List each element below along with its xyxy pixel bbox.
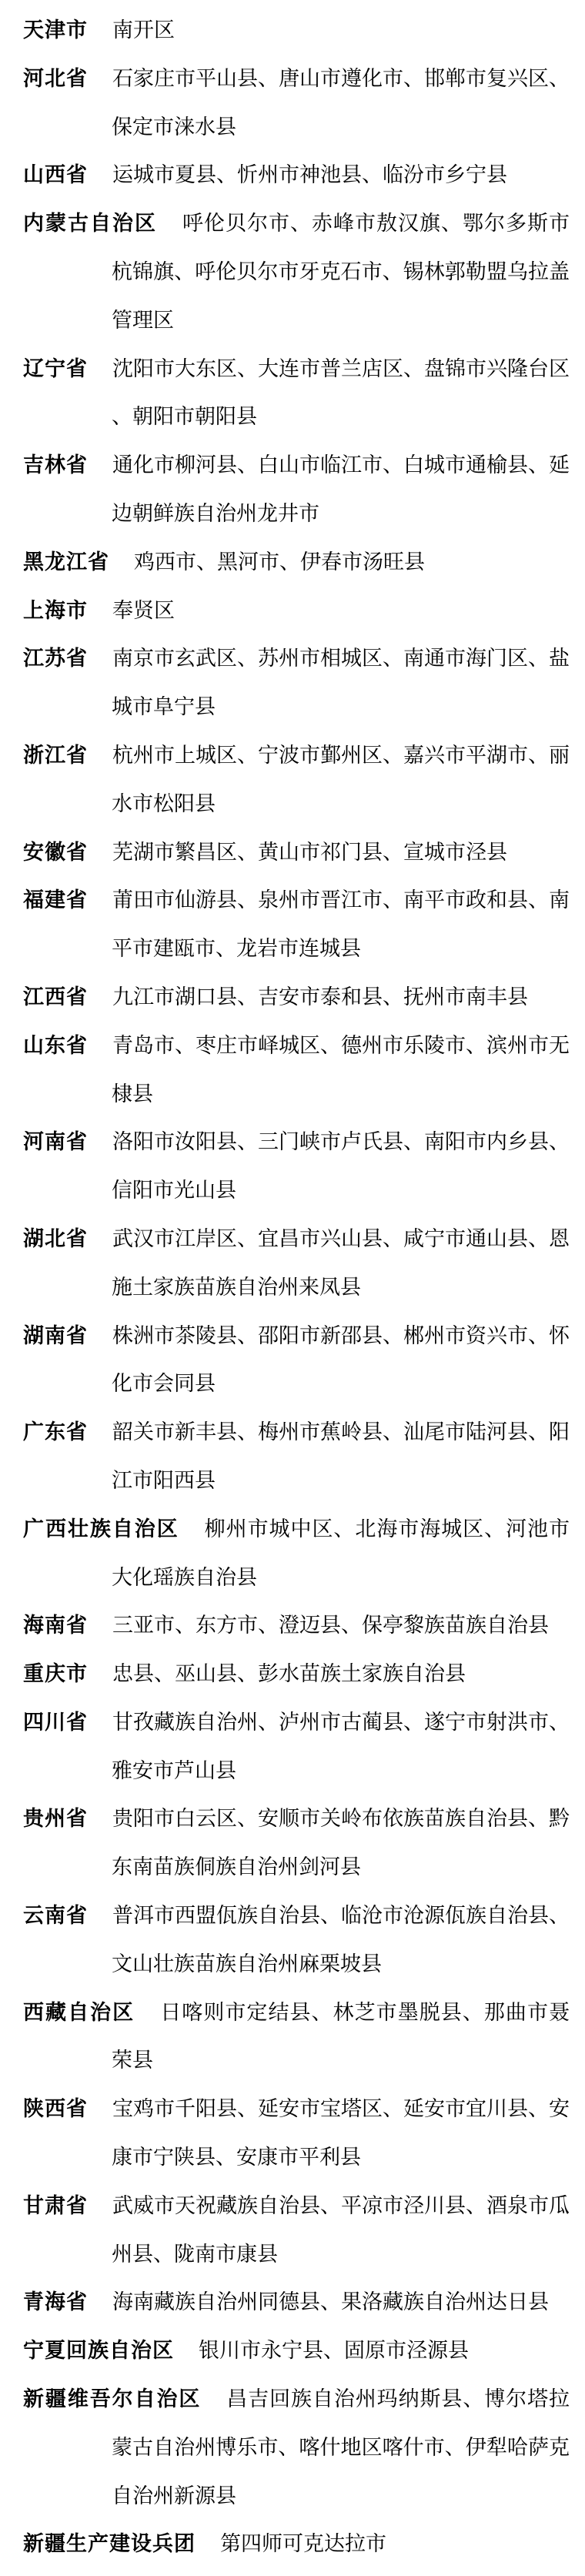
province-name: 广东省 [23, 1420, 88, 1444]
name-regions-gap [88, 761, 112, 762]
region-list: 三亚市、东方市、澄迈县、保亭黎族苗族自治县 [112, 1614, 549, 1637]
region-list: 奉贤区 [112, 599, 175, 622]
province-name: 吉林省 [23, 453, 88, 477]
name-regions-gap [88, 1680, 112, 1681]
name-regions-gap [88, 85, 112, 85]
region-list: 武威市天祝藏族自治县、平凉市泾川县、酒泉市瓜州县、陇南市康县 [112, 2194, 570, 2266]
region-list: 通化市柳河县、白山市临江市、白城市通榆县、延边朝鲜族自治州龙井市 [112, 453, 570, 525]
region-list: 武汉市江岸区、宜昌市兴山县、咸宁市通山县、恩施土家族苗族自治州来凤县 [112, 1227, 570, 1299]
region-list: 沈阳市大东区、大连市普兰店区、盘锦市兴隆台区、朝阳市朝阳县 [112, 357, 570, 429]
name-regions-gap [88, 664, 112, 665]
province-entry: 山东省青岛市、枣庄市峄城区、德州市乐陵市、滨州市无棣县 [23, 1022, 570, 1119]
province-entry: 上海市奉贤区 [23, 587, 570, 635]
province-name: 山东省 [23, 1034, 88, 1057]
name-regions-gap [88, 2212, 112, 2213]
province-entry: 新疆生产建设兵团第四师可克达拉市 [23, 2520, 570, 2568]
province-name: 内蒙古自治区 [23, 212, 157, 235]
name-regions-gap [88, 1825, 112, 1825]
province-entry: 宁夏回族自治区银川市永宁县、固原市泾源县 [23, 2327, 570, 2375]
province-entry: 浙江省杭州市上城区、宁波市鄞州区、嘉兴市平湖市、丽水市松阳县 [23, 731, 570, 828]
province-name: 山西省 [23, 163, 88, 186]
province-entry: 贵州省贵阳市白云区、安顺市关岭布依族苗族自治县、黔东南苗族侗族自治州剑河县 [23, 1795, 570, 1892]
name-regions-gap [88, 1342, 112, 1343]
province-name: 新疆维吾尔自治区 [23, 2387, 201, 2410]
province-name: 辽宁省 [23, 357, 88, 380]
province-entry: 新疆维吾尔自治区昌吉回族自治州玛纳斯县、博尔塔拉蒙古自治州博乐市、喀什地区喀什市… [23, 2375, 570, 2520]
province-name: 青海省 [23, 2290, 88, 2313]
province-name: 黑龙江省 [23, 550, 109, 574]
province-name: 河南省 [23, 1130, 88, 1153]
name-regions-gap [109, 568, 134, 569]
province-name: 重庆市 [23, 1662, 88, 1685]
province-entry: 福建省莆田市仙游县、泉州市晋江市、南平市政和县、南平市建瓯市、龙岩市连城县 [23, 876, 570, 973]
region-list: 鸡西市、黑河市、伊春市汤旺县 [134, 550, 425, 574]
province-name: 湖北省 [23, 1227, 88, 1250]
province-name: 新疆生产建设兵团 [23, 2532, 196, 2555]
region-list: 日喀则市定结县、林芝市墨脱县、那曲市聂荣县 [112, 2001, 570, 2073]
province-entry: 安徽省芜湖市繁昌区、黄山市祁门县、宣城市泾县 [23, 828, 570, 877]
province-entry: 湖南省株洲市茶陵县、邵阳市新邵县、郴州市资兴市、怀化市会同县 [23, 1312, 570, 1409]
province-name: 陕西省 [23, 2097, 88, 2120]
region-list: 莆田市仙游县、泉州市晋江市、南平市政和县、南平市建瓯市、龙岩市连城县 [112, 888, 570, 960]
name-regions-gap [135, 2019, 159, 2019]
province-entry: 天津市南开区 [23, 6, 570, 55]
province-entry: 云南省普洱市西盟佤族自治县、临沧市沧源佤族自治县、文山壮族苗族自治州麻栗坡县 [23, 1892, 570, 1989]
name-regions-gap [88, 1922, 112, 1922]
province-region-list: 天津市南开区河北省石家庄市平山县、唐山市遵化市、邯郸市复兴区、保定市涞水县山西省… [0, 0, 585, 2576]
region-list: 杭州市上城区、宁波市鄞州区、嘉兴市平湖市、丽水市松阳县 [112, 744, 570, 815]
region-list: 第四师可克达拉市 [220, 2532, 386, 2555]
province-name: 上海市 [23, 599, 88, 622]
name-regions-gap [88, 1438, 112, 1439]
region-list: 洛阳市汝阳县、三门峡市卢氏县、南阳市内乡县、信阳市光山县 [112, 1130, 570, 1202]
province-name: 湖南省 [23, 1324, 88, 1347]
name-regions-gap [88, 858, 112, 859]
province-entry: 内蒙古自治区呼伦贝尔市、赤峰市敖汉旗、鄂尔多斯市杭锦旗、呼伦贝尔市牙克石市、锡林… [23, 199, 570, 344]
region-list: 南开区 [112, 18, 175, 42]
name-regions-gap [88, 2115, 112, 2116]
province-entry: 海南省三亚市、东方市、澄迈县、保亭黎族苗族自治县 [23, 1601, 570, 1650]
name-regions-gap [88, 1148, 112, 1149]
region-list: 九江市湖口县、吉安市泰和县、抚州市南丰县 [112, 985, 528, 1009]
name-regions-gap [179, 1535, 204, 1536]
province-entry: 四川省甘孜藏族自治州、泸州市古蔺县、遂宁市射洪市、雅安市芦山县 [23, 1698, 570, 1795]
region-list: 普洱市西盟佤族自治县、临沧市沧源佤族自治县、文山壮族苗族自治州麻栗坡县 [112, 1904, 570, 1975]
province-name: 宁夏回族自治区 [23, 2339, 174, 2362]
name-regions-gap [196, 2550, 220, 2551]
region-list: 宝鸡市千阳县、延安市宝塔区、延安市宜川县、安康市宁陕县、安康市平利县 [112, 2097, 570, 2169]
province-entry: 河北省石家庄市平山县、唐山市遵化市、邯郸市复兴区、保定市涞水县 [23, 55, 570, 152]
region-list: 贵阳市白云区、安顺市关岭布依族苗族自治县、黔东南苗族侗族自治州剑河县 [112, 1807, 570, 1878]
province-entry: 广西壮族自治区柳州市城中区、北海市海城区、河池市大化瑶族自治县 [23, 1505, 570, 1602]
name-regions-gap [88, 1245, 112, 1246]
province-name: 西藏自治区 [23, 2001, 135, 2024]
name-regions-gap [174, 2357, 199, 2357]
province-entry: 陕西省宝鸡市千阳县、延安市宝塔区、延安市宜川县、安康市宁陕县、安康市平利县 [23, 2085, 570, 2182]
province-name: 天津市 [23, 18, 88, 42]
region-list: 南京市玄武区、苏州市相城区、南通市海门区、盐城市阜宁县 [112, 647, 570, 718]
region-list: 青岛市、枣庄市峄城区、德州市乐陵市、滨州市无棣县 [112, 1034, 570, 1106]
region-list: 株洲市茶陵县、邵阳市新邵县、郴州市资兴市、怀化市会同县 [112, 1324, 570, 1396]
name-regions-gap [88, 1052, 112, 1052]
province-name: 贵州省 [23, 1807, 88, 1830]
name-regions-gap [88, 1631, 112, 1632]
province-entry: 河南省洛阳市汝阳县、三门峡市卢氏县、南阳市内乡县、信阳市光山县 [23, 1118, 570, 1215]
province-entry: 青海省海南藏族自治州同德县、果洛藏族自治州达日县 [23, 2278, 570, 2327]
province-name: 河北省 [23, 67, 88, 90]
region-list: 海南藏族自治州同德县、果洛藏族自治州达日县 [112, 2290, 549, 2313]
province-entry: 江西省九江市湖口县、吉安市泰和县、抚州市南丰县 [23, 973, 570, 1022]
province-entry: 江苏省南京市玄武区、苏州市相城区、南通市海门区、盐城市阜宁县 [23, 634, 570, 731]
province-name: 广西壮族自治区 [23, 1517, 179, 1541]
province-name: 四川省 [23, 1711, 88, 1734]
province-name: 福建省 [23, 888, 88, 912]
province-entry: 吉林省通化市柳河县、白山市临江市、白城市通榆县、延边朝鲜族自治州龙井市 [23, 441, 570, 538]
province-name: 甘肃省 [23, 2194, 88, 2217]
province-name: 云南省 [23, 1904, 88, 1927]
name-regions-gap [88, 617, 112, 617]
name-regions-gap [88, 471, 112, 472]
name-regions-gap [201, 2405, 226, 2406]
name-regions-gap [88, 1728, 112, 1729]
name-regions-gap [88, 36, 112, 37]
region-list: 石家庄市平山县、唐山市遵化市、邯郸市复兴区、保定市涞水县 [112, 67, 570, 139]
province-name: 江西省 [23, 985, 88, 1009]
name-regions-gap [88, 181, 112, 182]
name-regions-gap [157, 229, 182, 230]
region-list: 运城市夏县、忻州市神池县、临汾市乡宁县 [112, 163, 507, 186]
province-entry: 西藏自治区日喀则市定结县、林芝市墨脱县、那曲市聂荣县 [23, 1989, 570, 2086]
name-regions-gap [88, 2308, 112, 2309]
region-list: 韶关市新丰县、梅州市蕉岭县、汕尾市陆河县、阳江市阳西县 [112, 1420, 570, 1492]
name-regions-gap [88, 906, 112, 907]
province-entry: 重庆市忠县、巫山县、彭水苗族土家族自治县 [23, 1650, 570, 1698]
region-list: 甘孜藏族自治州、泸州市古蔺县、遂宁市射洪市、雅安市芦山县 [112, 1711, 570, 1782]
region-list: 忠县、巫山县、彭水苗族土家族自治县 [112, 1662, 466, 1685]
province-entry: 甘肃省武威市天祝藏族自治县、平凉市泾川县、酒泉市瓜州县、陇南市康县 [23, 2182, 570, 2279]
province-name: 江苏省 [23, 647, 88, 670]
province-entry: 山西省运城市夏县、忻州市神池县、临汾市乡宁县 [23, 151, 570, 199]
province-entry: 黑龙江省鸡西市、黑河市、伊春市汤旺县 [23, 538, 570, 587]
region-list: 银川市永宁县、固原市泾源县 [199, 2339, 469, 2362]
province-name: 浙江省 [23, 744, 88, 767]
region-list: 芜湖市繁昌区、黄山市祁门县、宣城市泾县 [112, 841, 507, 864]
province-name: 安徽省 [23, 841, 88, 864]
province-entry: 湖北省武汉市江岸区、宜昌市兴山县、咸宁市通山县、恩施土家族苗族自治州来凤县 [23, 1215, 570, 1312]
province-name: 海南省 [23, 1614, 88, 1637]
province-entry: 辽宁省沈阳市大东区、大连市普兰店区、盘锦市兴隆台区、朝阳市朝阳县 [23, 345, 570, 442]
province-entry: 广东省韶关市新丰县、梅州市蕉岭县、汕尾市陆河县、阳江市阳西县 [23, 1408, 570, 1505]
name-regions-gap [88, 1003, 112, 1004]
region-list: 柳州市城中区、北海市海城区、河池市大化瑶族自治县 [112, 1517, 570, 1589]
name-regions-gap [88, 375, 112, 376]
